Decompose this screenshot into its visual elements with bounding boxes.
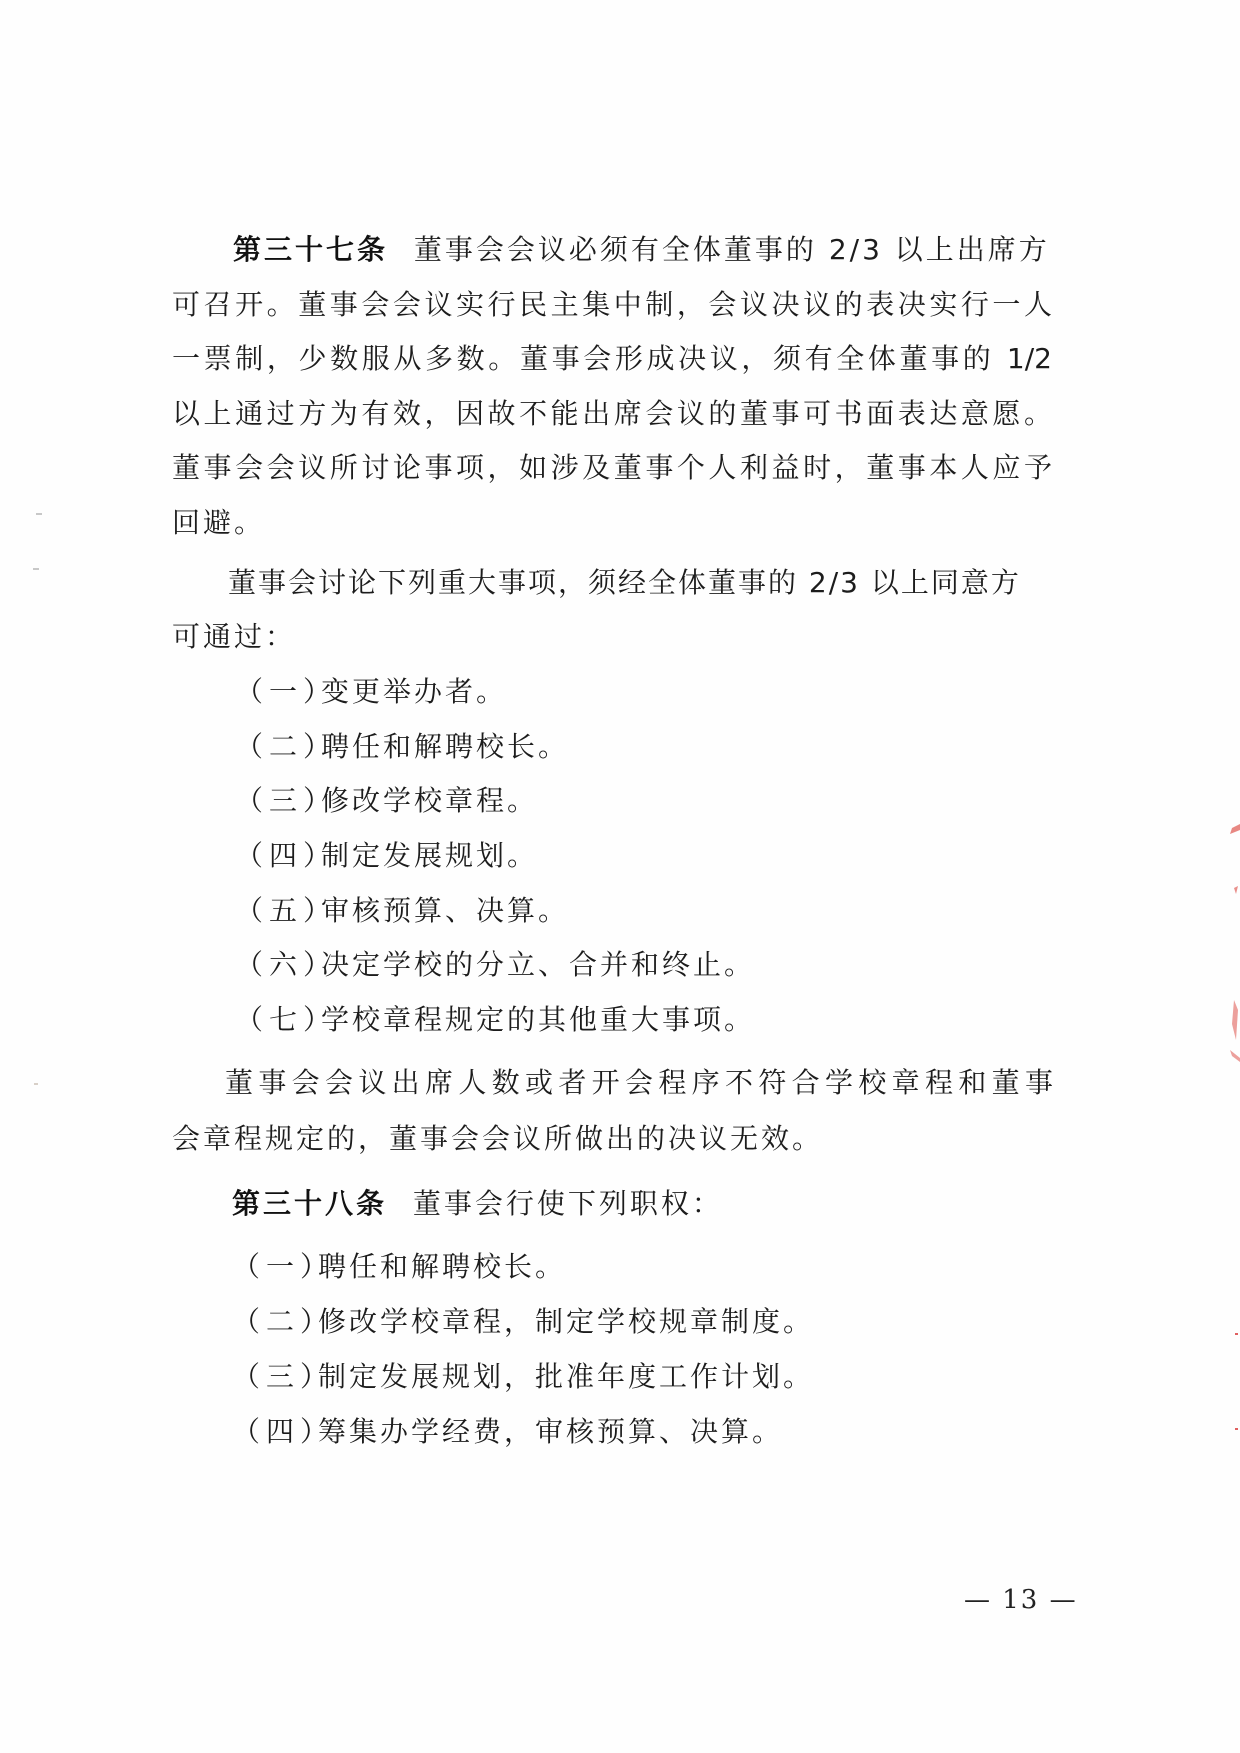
- major-matter-item: （五）审核预算、决算。: [235, 894, 569, 928]
- item-text: 制定发展规划，批准年度工作计划。: [318, 1360, 814, 1393]
- item-text: 变更举办者。: [321, 675, 507, 708]
- article-38-first-line: 第三十八条 董事会行使下列职权：: [232, 1187, 723, 1221]
- item-number: （五）: [235, 894, 321, 928]
- item-number: （四）: [232, 1415, 318, 1449]
- item-number: （二）: [232, 1305, 318, 1339]
- item-text: 审核预算、决算。: [321, 894, 569, 927]
- item-text: 修改学校章程。: [321, 784, 538, 817]
- power-item: （二）修改学校章程，制定学校规章制度。: [232, 1305, 814, 1339]
- power-item: （三）制定发展规划，批准年度工作计划。: [232, 1360, 814, 1394]
- major-matter-item: （七）学校章程规定的其他重大事项。: [235, 1003, 755, 1037]
- invalid-clause-0: 董事会会议出席人数或者开会程序不符合学校章程和董事: [225, 1066, 1053, 1100]
- scan-speck: [1235, 1333, 1238, 1335]
- article-37-line-0: 董事会会议必须有全体董事的 2/3 以上出席方: [414, 233, 1050, 266]
- item-text: 筹集办学经费，审核预算、决算。: [318, 1415, 783, 1448]
- item-text: 学校章程规定的其他重大事项。: [321, 1003, 755, 1036]
- seal-stamp-icon: [1210, 810, 1240, 1070]
- item-text: 修改学校章程，制定学校规章制度。: [318, 1305, 814, 1338]
- article-37-first-line: 第三十七条 董事会会议必须有全体董事的 2/3 以上出席方: [233, 233, 1050, 267]
- major-matters-intro-1: 可通过：: [172, 620, 296, 654]
- major-matters-intro-0: 董事会讨论下列重大事项，须经全体董事的 2/3 以上同意方: [228, 566, 1021, 600]
- item-number: （三）: [235, 784, 321, 818]
- page-number: — 13 —: [964, 1585, 1078, 1615]
- major-matter-item: （二）聘任和解聘校长。: [235, 730, 569, 764]
- invalid-clause-1: 会章程规定的，董事会会议所做出的决议无效。: [172, 1122, 823, 1156]
- scan-speck: [33, 568, 39, 570]
- item-number: （三）: [232, 1360, 318, 1394]
- article-37-line-4: 董事会会议所讨论事项，如涉及董事个人利益时，董事本人应予: [172, 451, 1052, 485]
- item-number: （二）: [235, 730, 321, 764]
- article-37-line-3: 以上通过方为有效，因故不能出席会议的董事可书面表达意愿。: [172, 397, 1052, 431]
- item-number: （七）: [235, 1003, 321, 1037]
- item-number: （六）: [235, 948, 321, 982]
- article-38-heading: 第三十八条: [232, 1187, 387, 1220]
- major-matter-item: （一）变更举办者。: [235, 675, 507, 709]
- article-38-intro: 董事会行使下列职权：: [413, 1187, 723, 1220]
- item-text: 聘任和解聘校长。: [318, 1250, 566, 1283]
- item-text: 决定学校的分立、合并和终止。: [321, 948, 755, 981]
- item-text: 聘任和解聘校长。: [321, 730, 569, 763]
- major-matter-item: （六）决定学校的分立、合并和终止。: [235, 948, 755, 982]
- scan-speck: [34, 1083, 38, 1085]
- article-37-line-5: 回避。: [172, 506, 265, 540]
- document-page: 第三十七条 董事会会议必须有全体董事的 2/3 以上出席方 可召开。董事会会议实…: [0, 0, 1240, 1753]
- scan-speck: [36, 513, 42, 515]
- major-matter-item: （三）修改学校章程。: [235, 784, 538, 818]
- item-number: （四）: [235, 839, 321, 873]
- article-37-line-2: 一票制，少数服从多数。董事会形成决议，须有全体董事的 1/2: [172, 342, 1052, 376]
- scan-speck: [1235, 1428, 1238, 1430]
- major-matter-item: （四）制定发展规划。: [235, 839, 538, 873]
- power-item: （一）聘任和解聘校长。: [232, 1250, 566, 1284]
- item-number: （一）: [232, 1250, 318, 1284]
- item-text: 制定发展规划。: [321, 839, 538, 872]
- article-37-heading: 第三十七条: [233, 233, 388, 266]
- power-item: （四）筹集办学经费，审核预算、决算。: [232, 1415, 783, 1449]
- article-37-line-1: 可召开。董事会会议实行民主集中制，会议决议的表决实行一人: [172, 288, 1052, 322]
- item-number: （一）: [235, 675, 321, 709]
